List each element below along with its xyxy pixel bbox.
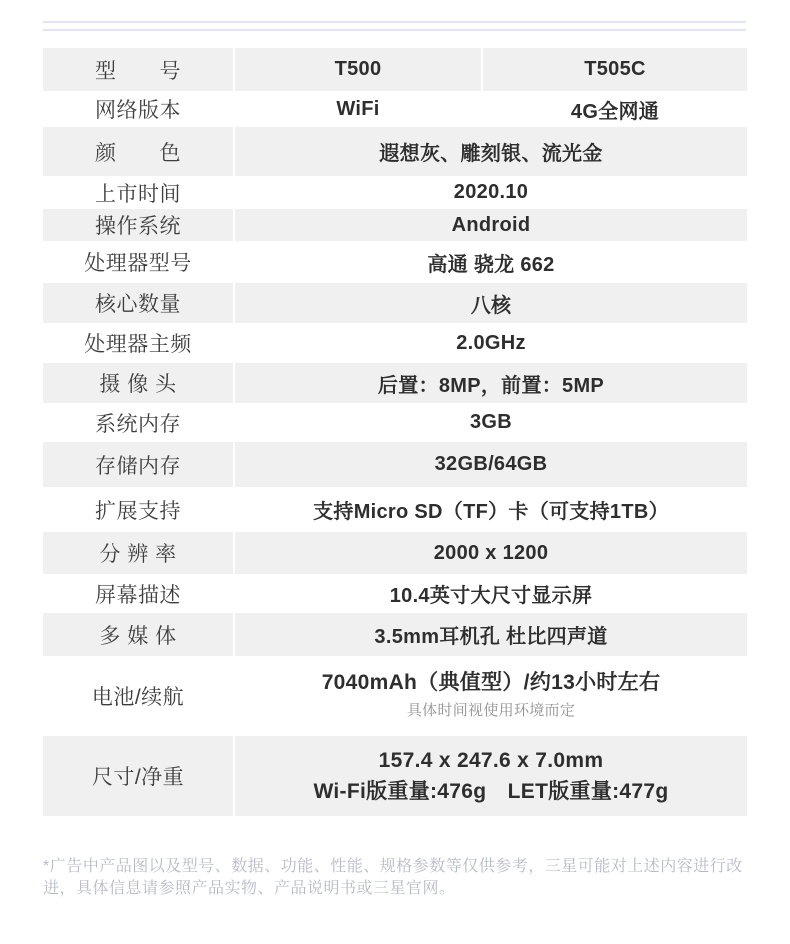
spec-label: 型 号 [43,48,233,91]
spec-label: 电池/续航 [43,656,233,736]
spec-value: 3.5mm耳机孔 杜比四声道 [235,613,747,656]
spec-value: 2000 x 1200 [235,532,747,574]
spec-value: 7040mAh（典值型）/约13小时左右 具体时间视使用环境而定 [235,656,747,736]
spec-label: 核心数量 [43,283,233,323]
spec-value: 支持Micro SD（TF）卡（可支持1TB） [235,487,747,532]
spec-label: 屏幕描述 [43,574,233,613]
spec-row-camera: 摄 像 头 后置：8MP，前置：5MP [43,363,747,403]
spec-value: 2020.10 [235,176,747,209]
spec-row-ram: 系统内存 3GB [43,403,747,442]
spec-label: 上市时间 [43,176,233,209]
spec-label: 扩展支持 [43,487,233,532]
spec-label: 系统内存 [43,403,233,442]
spec-row-resolution: 分 辨 率 2000 x 1200 [43,532,747,574]
spec-label: 颜 色 [43,127,233,176]
spec-value: 八核 [235,283,747,323]
spec-row-screen: 屏幕描述 10.4英寸大尺寸显示屏 [43,574,747,613]
spec-row-processor-model: 处理器型号 高通 骁龙 662 [43,241,747,283]
spec-value: WiFi [235,91,481,127]
spec-label: 处理器主频 [43,323,233,363]
spec-value: Android [235,209,747,241]
spec-row-color: 颜 色 遐想灰、雕刻银、流光金 [43,127,747,176]
spec-row-expansion: 扩展支持 支持Micro SD（TF）卡（可支持1TB） [43,487,747,532]
spec-row-multimedia: 多 媒 体 3.5mm耳机孔 杜比四声道 [43,613,747,656]
battery-value: 7040mAh（典值型）/约13小时左右 [322,669,661,697]
spec-label: 尺寸/净重 [43,736,233,816]
spec-label: 摄 像 头 [43,363,233,403]
spec-value: T500 [235,48,481,91]
spec-value: 高通 骁龙 662 [235,241,747,283]
spec-value: 后置：8MP，前置：5MP [235,363,747,403]
top-accent-line-2 [43,29,746,31]
spec-row-launch-date: 上市时间 2020.10 [43,176,747,209]
spec-row-battery: 电池/续航 7040mAh（典值型）/约13小时左右 具体时间视使用环境而定 [43,656,747,736]
spec-row-os: 操作系统 Android [43,209,747,241]
spec-value: 遐想灰、雕刻银、流光金 [235,127,747,176]
spec-row-dimensions-weight: 尺寸/净重 157.4 x 247.6 x 7.0mm Wi-Fi版重量:476… [43,736,747,816]
spec-label: 分 辨 率 [43,532,233,574]
dimensions-value: 157.4 x 247.6 x 7.0mm [379,745,604,776]
spec-value: 157.4 x 247.6 x 7.0mm Wi-Fi版重量:476g LET版… [235,736,747,816]
weight-value: Wi-Fi版重量:476g LET版重量:477g [313,776,668,807]
spec-value: T505C [483,48,747,91]
disclaimer-text: *广告中产品图以及型号、数据、功能、性能、规格参数等仅供参考，三星可能对上述内容… [43,856,759,900]
spec-row-core-count: 核心数量 八核 [43,283,747,323]
spec-value: 4G全网通 [483,91,747,127]
spec-label: 处理器型号 [43,241,233,283]
spec-value: 2.0GHz [235,323,747,363]
spec-row-clock-speed: 处理器主频 2.0GHz [43,323,747,363]
spec-value: 10.4英寸大尺寸显示屏 [235,574,747,613]
spec-label: 存储内存 [43,442,233,487]
spec-label: 多 媒 体 [43,613,233,656]
spec-row-model: 型 号 T500 T505C [43,48,747,91]
spec-value: 32GB/64GB [235,442,747,487]
spec-label: 网络版本 [43,91,233,127]
spec-row-storage: 存储内存 32GB/64GB [43,442,747,487]
top-accent-line-1 [43,21,746,23]
spec-table: 型 号 T500 T505C 网络版本 WiFi 4G全网通 颜 色 遐想灰、雕… [43,48,747,816]
spec-value: 3GB [235,403,747,442]
spec-row-network: 网络版本 WiFi 4G全网通 [43,91,747,127]
battery-note: 具体时间视使用环境而定 [407,699,575,723]
spec-label: 操作系统 [43,209,233,241]
